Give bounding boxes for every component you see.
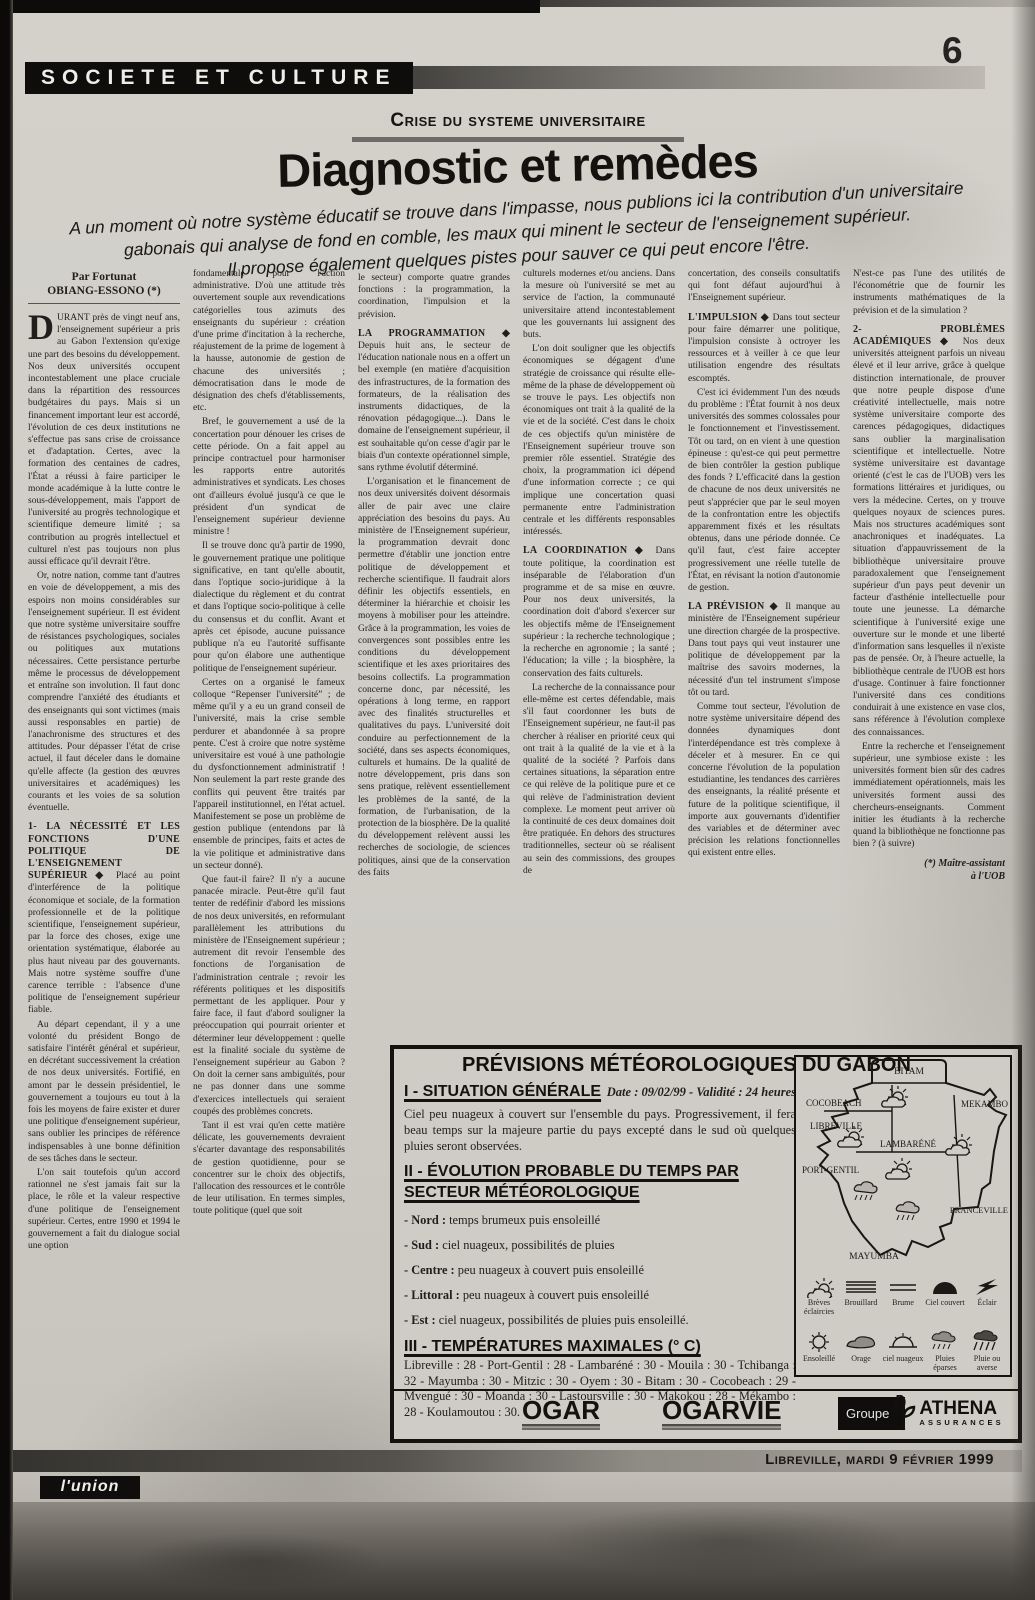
paragraph: Certes on a organisé le fameux colloque … — [193, 677, 345, 872]
athena-wordmark: ATHENA ASSURANCES — [919, 1400, 1004, 1427]
paragraph: concertation, des conseils consultatifs … — [688, 268, 840, 305]
ciel-nuageux-icon — [886, 1330, 920, 1354]
paragraph: Entre la recherche et l'enseignement sup… — [853, 741, 1005, 851]
paragraph: Comme tout secteur, l'évolution de notre… — [688, 701, 840, 860]
article-column-6: N'est-ce pas l'une des utilités de l'éco… — [853, 268, 1005, 1106]
ensoleille-icon — [802, 1330, 836, 1354]
forecast-littoral: - Littoral : peu nuageux à couvert puis … — [404, 1288, 796, 1303]
breves-eclaircies-icon — [802, 1276, 836, 1298]
rain-cloud-icon — [854, 1182, 877, 1200]
ogarvie-logo: OGARVIE — [662, 1397, 781, 1430]
subhead: LA COORDINATION ◆ — [523, 545, 648, 556]
map-label-mayumba: MAYUMBA — [849, 1252, 899, 1262]
paragraph: L'on sait toutefois qu'un accord rationn… — [28, 1167, 180, 1252]
paragraph: Au départ cependant, il y a une volonté … — [28, 1019, 180, 1165]
brume-icon — [886, 1276, 920, 1298]
subhead: L'IMPULSION ◆ — [688, 312, 769, 323]
map-label-libreville: LIBREVILLE — [810, 1121, 862, 1131]
map-label-lambarene: LAMBARÉNÉ — [880, 1139, 937, 1149]
legend-item: Éclair — [966, 1275, 1008, 1328]
scan-edge-top-right — [540, 0, 1035, 7]
legend-item: ciel nuageux — [882, 1329, 924, 1382]
scan-edge-top — [0, 0, 540, 13]
paragraph: fondamentale pour l'action administrativ… — [193, 268, 345, 414]
section-title: SOCIETE ET CULTURE — [41, 66, 396, 89]
legend-item: Orage — [840, 1329, 882, 1382]
legend-item: Pluies éparses — [924, 1329, 966, 1382]
paragraph: 1- LA NÉCESSITÉ ET LES FONCTIONS D'UNE P… — [28, 821, 180, 1016]
weather-box: PRÉVISIONS MÉTÉOROLOGIQUES DU GABON I - … — [390, 1045, 1022, 1443]
athena-logo: Groupe ATHENA ASSURANCES — [838, 1395, 1004, 1431]
paragraph: 2- PROBLÈMES ACADÉMIQUES ◆ Nos deux univ… — [853, 324, 1005, 739]
article-column-5: concertation, des conseils consultatifs … — [688, 268, 840, 1042]
map-legend-row-1: Brèves éclaircies Brouillard Brume Ciel … — [796, 1274, 1010, 1328]
gabon-map-svg: BITAM COCOBEACH MEKAMBO LIBREVILLE LAMBA… — [796, 1057, 1010, 1269]
map-label-cocobeach: COCOBEACH — [806, 1098, 862, 1108]
pluie-ou-averse-icon — [970, 1330, 1004, 1354]
weather-section-1-heading: I - SITUATION GÉNÉRALE — [404, 1083, 601, 1101]
drop-cap: D — [28, 312, 57, 341]
legend-item: Brume — [882, 1275, 924, 1328]
byline: Par Fortunat OBIANG-ESSONO (*) — [28, 270, 180, 304]
subhead: LA PROGRAMMATION ◆ — [358, 328, 510, 339]
legend-item: Ensoleillé — [798, 1329, 840, 1382]
legend-item: Brouillard — [840, 1275, 882, 1328]
section-header-bar: SOCIETE ET CULTURE — [25, 62, 413, 94]
paragraph: N'est-ce pas l'une des utilités de l'éco… — [853, 268, 1005, 317]
paragraph: Que faut-il faire? Il n'y a aucune panac… — [193, 874, 345, 1118]
scan-edge-left — [0, 0, 13, 1600]
paragraph: culturels modernes et/ou anciens. Dans l… — [523, 268, 675, 341]
paragraph: LA COORDINATION ◆ Dans toute politique, … — [523, 545, 675, 679]
article-column-1: Par Fortunat OBIANG-ESSONO (*) DURANT pr… — [28, 270, 180, 1448]
map-label-bitam: BITAM — [894, 1067, 924, 1077]
lunion-logo: l'union — [40, 1476, 140, 1499]
map-label-franceville: FRANCEVILLE — [950, 1205, 1008, 1215]
paragraph: L'IMPULSION ◆ Dans tout secteur pour fai… — [688, 312, 840, 385]
gabon-outline — [818, 1060, 1006, 1255]
weather-general-text: Ciel peu nuageux à couvert sur l'ensembl… — [404, 1106, 796, 1154]
sun-cloud-icon — [882, 1086, 908, 1107]
pluies-eparses-icon — [928, 1330, 962, 1354]
ogar-logo: OGAR — [522, 1397, 600, 1430]
paragraph: Tant il est vrai qu'en cette matière dél… — [193, 1120, 345, 1218]
article-column-2: fondamentale pour l'action administrativ… — [193, 268, 345, 1448]
forecast-nord: - Nord : temps brumeux puis ensoleillé — [404, 1213, 796, 1228]
forecast-sud: - Sud : ciel nuageux, possibilités de pl… — [404, 1238, 796, 1253]
gabon-weather-map: BITAM COCOBEACH MEKAMBO LIBREVILLE LAMBA… — [794, 1055, 1012, 1377]
article-kicker: Crise du systeme universitaire — [318, 110, 718, 132]
footer-date-bar: Libreville, mardi 9 février 1999 — [13, 1450, 1022, 1472]
scan-edge-right — [1011, 0, 1035, 1600]
sponsor-logos-row: OGAR OGARVIE Groupe ATHENA ASSURANCES — [394, 1389, 1018, 1439]
legend-item: Pluie ou averse — [966, 1329, 1008, 1382]
subhead: LA PRÉVISION ◆ — [688, 601, 780, 612]
legend-item: Brèves éclaircies — [798, 1275, 840, 1328]
weather-section-3-heading: III - TEMPÉRATURES MAXIMALES (° C) — [404, 1338, 796, 1356]
paragraph: L'organisation et le financement de nos … — [358, 476, 510, 879]
paragraph: C'est ici évidemment l'un des nœuds du p… — [688, 387, 840, 594]
sun-cloud-icon — [886, 1158, 912, 1179]
map-label-port-gentil: PORT-GENTIL — [802, 1165, 859, 1175]
paragraph: Il se trouve donc qu'à partir de 1990, l… — [193, 540, 345, 674]
forecast-centre: - Centre : peu nuageux à couvert puis en… — [404, 1263, 796, 1278]
ciel-couvert-icon — [928, 1276, 962, 1298]
map-legend-row-2: Ensoleillé Orage ciel nuageux Pluies épa… — [796, 1328, 1010, 1382]
article-column-3: le secteur) comporte quatre grandes fonc… — [358, 272, 510, 1042]
byline-line-1: Par Fortunat — [28, 270, 180, 284]
section-bar-extension — [413, 66, 985, 89]
paragraph: DURANT près de vingt neuf ans, l'enseign… — [28, 312, 180, 568]
map-label-mekambo: MEKAMBO — [961, 1099, 1009, 1109]
orage-icon — [844, 1330, 878, 1354]
page-number: 6 — [942, 30, 963, 72]
scan-edge-bottom — [0, 1502, 1035, 1600]
footer-dateline: Libreville, mardi 9 février 1999 — [765, 1451, 994, 1468]
weather-text-area: I - SITUATION GÉNÉRALE Date : 09/02/99 -… — [404, 1083, 796, 1427]
brouillard-icon — [844, 1276, 878, 1298]
byline-line-2: OBIANG-ESSONO (*) — [28, 284, 180, 298]
weather-date: Date : 09/02/99 - Validité : 24 heures — [607, 1085, 796, 1100]
paragraph: Bref, le gouvernement a usé de la concer… — [193, 416, 345, 538]
paragraph: Or, notre nation, comme tant d'autres en… — [28, 570, 180, 814]
sun-cloud-icon — [946, 1134, 972, 1155]
newspaper-page: SOCIETE ET CULTURE 6 Crise du systeme un… — [0, 0, 1035, 1600]
eclair-icon — [970, 1276, 1004, 1298]
paragraph: LA PRÉVISION ◆ Il manque au ministère de… — [688, 601, 840, 699]
paragraph: le secteur) comporte quatre grandes fonc… — [358, 272, 510, 321]
paragraph: La recherche de la connaissance pour ell… — [523, 682, 675, 877]
weather-section-2-heading: II - ÉVOLUTION PROBABLE DU TEMPS PAR SEC… — [404, 1161, 784, 1203]
rain-cloud-icon — [896, 1202, 919, 1220]
forecast-est: - Est : ciel nuageux, possibilités de pl… — [404, 1313, 796, 1328]
article-column-4: culturels modernes et/ou anciens. Dans l… — [523, 268, 675, 1040]
paragraph: LA PROGRAMMATION ◆ Depuis huit ans, le s… — [358, 328, 510, 474]
athena-leaf-icon — [891, 1395, 917, 1431]
legend-item: Ciel couvert — [924, 1275, 966, 1328]
author-signature: (*) Maître-assistant à l'UOB — [853, 857, 1005, 883]
paragraph: L'on doit souligner que les objectifs éc… — [523, 343, 675, 538]
